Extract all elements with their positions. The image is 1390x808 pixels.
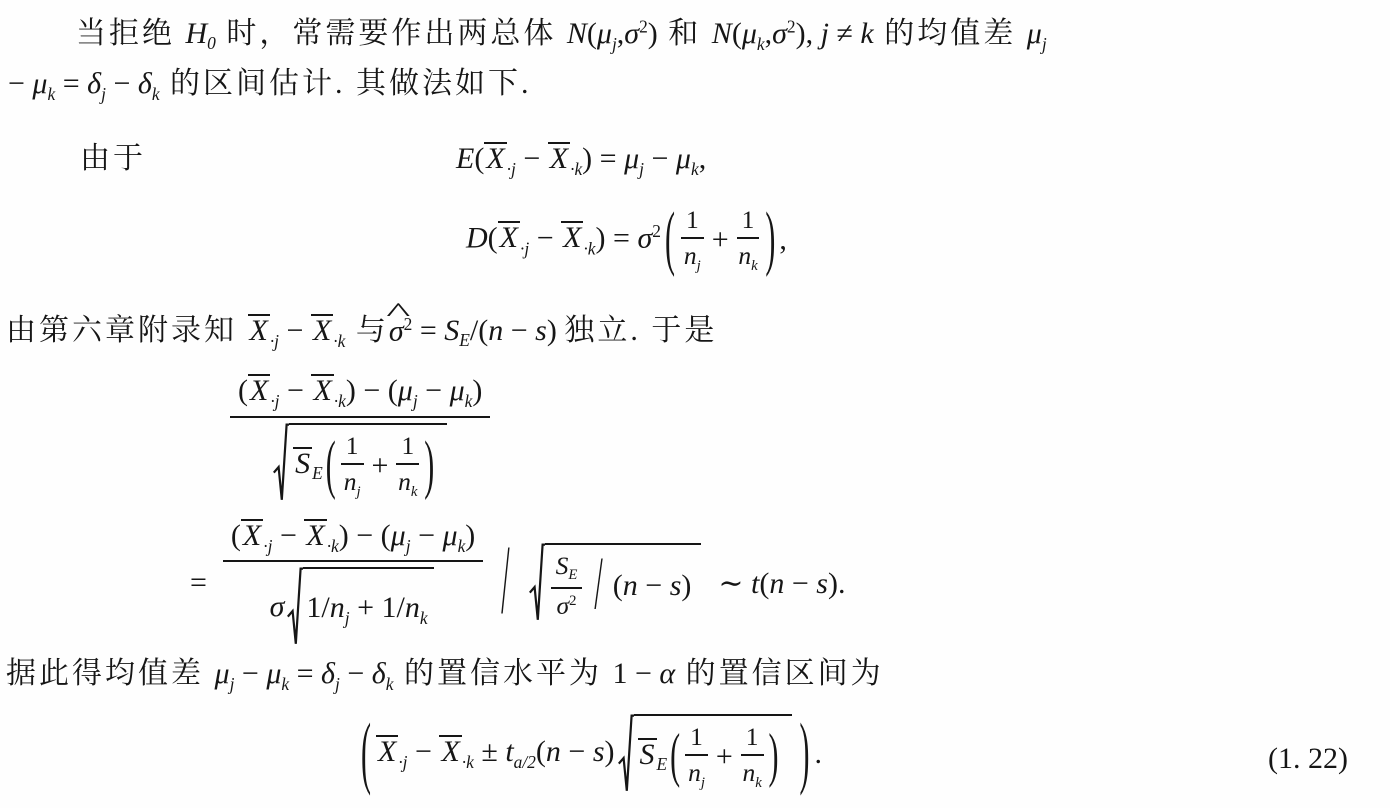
square-root: SEσ2 / (n − s) (529, 543, 702, 623)
fraction: SEσ2 (551, 551, 583, 620)
left-paren: ( (326, 429, 336, 504)
left-paren: ( (361, 708, 371, 800)
text-run: 当拒绝 (76, 17, 186, 50)
left-paren: ( (665, 199, 675, 281)
equation-d-variance: D(X·j − X·k) = σ2 ( 1nj + 1nk ) , (466, 190, 787, 290)
display-t-statistic: (X·j − X·k) − (μj − μk) SE ( 1nj + 1nk ) (228, 374, 492, 503)
square-root: SE ( 1nj + 1nk ) (273, 423, 447, 503)
right-paren: ) (800, 708, 810, 800)
para-line-2: − μk = δj − δk 的区间估计. 其做法如下. (8, 58, 532, 105)
fraction: 1nj (681, 205, 704, 275)
equation-t-ratio: = (X·j − X·k) − (μj − μk) σ 1/nj + 1/nk … (190, 520, 845, 646)
right-paren: ) (765, 199, 775, 281)
fraction: (X·j − X·k) − (μj − μk) σ 1/nj + 1/nk (223, 519, 483, 648)
fraction: (X·j − X·k) − (μj − μk) SE ( 1nj + 1nk ) (230, 374, 490, 503)
equation-e-mean: E(X·j − X·k) = μj − μk, (456, 142, 706, 180)
right-paren: ) (424, 429, 434, 504)
equation-confidence-interval: ( X·j − X·k ± ta/2(n − s) SE ( 1nj + 1nk… (356, 702, 822, 806)
para-line-3: 由于E(X·j − X·k) = μj − μk, (80, 133, 706, 180)
radical-sign-icon (273, 423, 289, 503)
sigma-hat: σ^2 (389, 314, 413, 348)
radical-sign-icon (618, 714, 634, 794)
radical-sign-icon (287, 567, 303, 647)
para-line-1: 当拒绝 H0 时，常需要作出两总体 N(μj,σ2) 和 N(μk,σ2), j… (76, 8, 1047, 55)
square-root: SE ( 1nj + 1nk ) (618, 714, 792, 794)
para-line-5: 据此得均值差 μj − μk = δj − δk 的置信水平为 1 − α 的置… (6, 648, 884, 695)
para-line-4: 由第六章附录知 X·j − X·k 与σ^2 = SE/(n − s) 独立. … (6, 305, 717, 352)
left-paren: ( (670, 723, 680, 791)
equation-number: (1. 22) (1268, 742, 1348, 776)
right-paren: ) (769, 723, 779, 791)
hat-accent: ^ (386, 297, 410, 328)
textbook-page: 当拒绝 H0 时，常需要作出两总体 N(μj,σ2) 和 N(μk,σ2), j… (0, 0, 1390, 808)
inline-label: 由于 (80, 142, 146, 175)
radical-sign-icon (529, 543, 545, 623)
mid-slash: / (594, 544, 602, 629)
fraction: 1nk (737, 205, 760, 275)
square-root: 1/nj + 1/nk (287, 567, 433, 647)
big-slash: / (501, 527, 509, 639)
